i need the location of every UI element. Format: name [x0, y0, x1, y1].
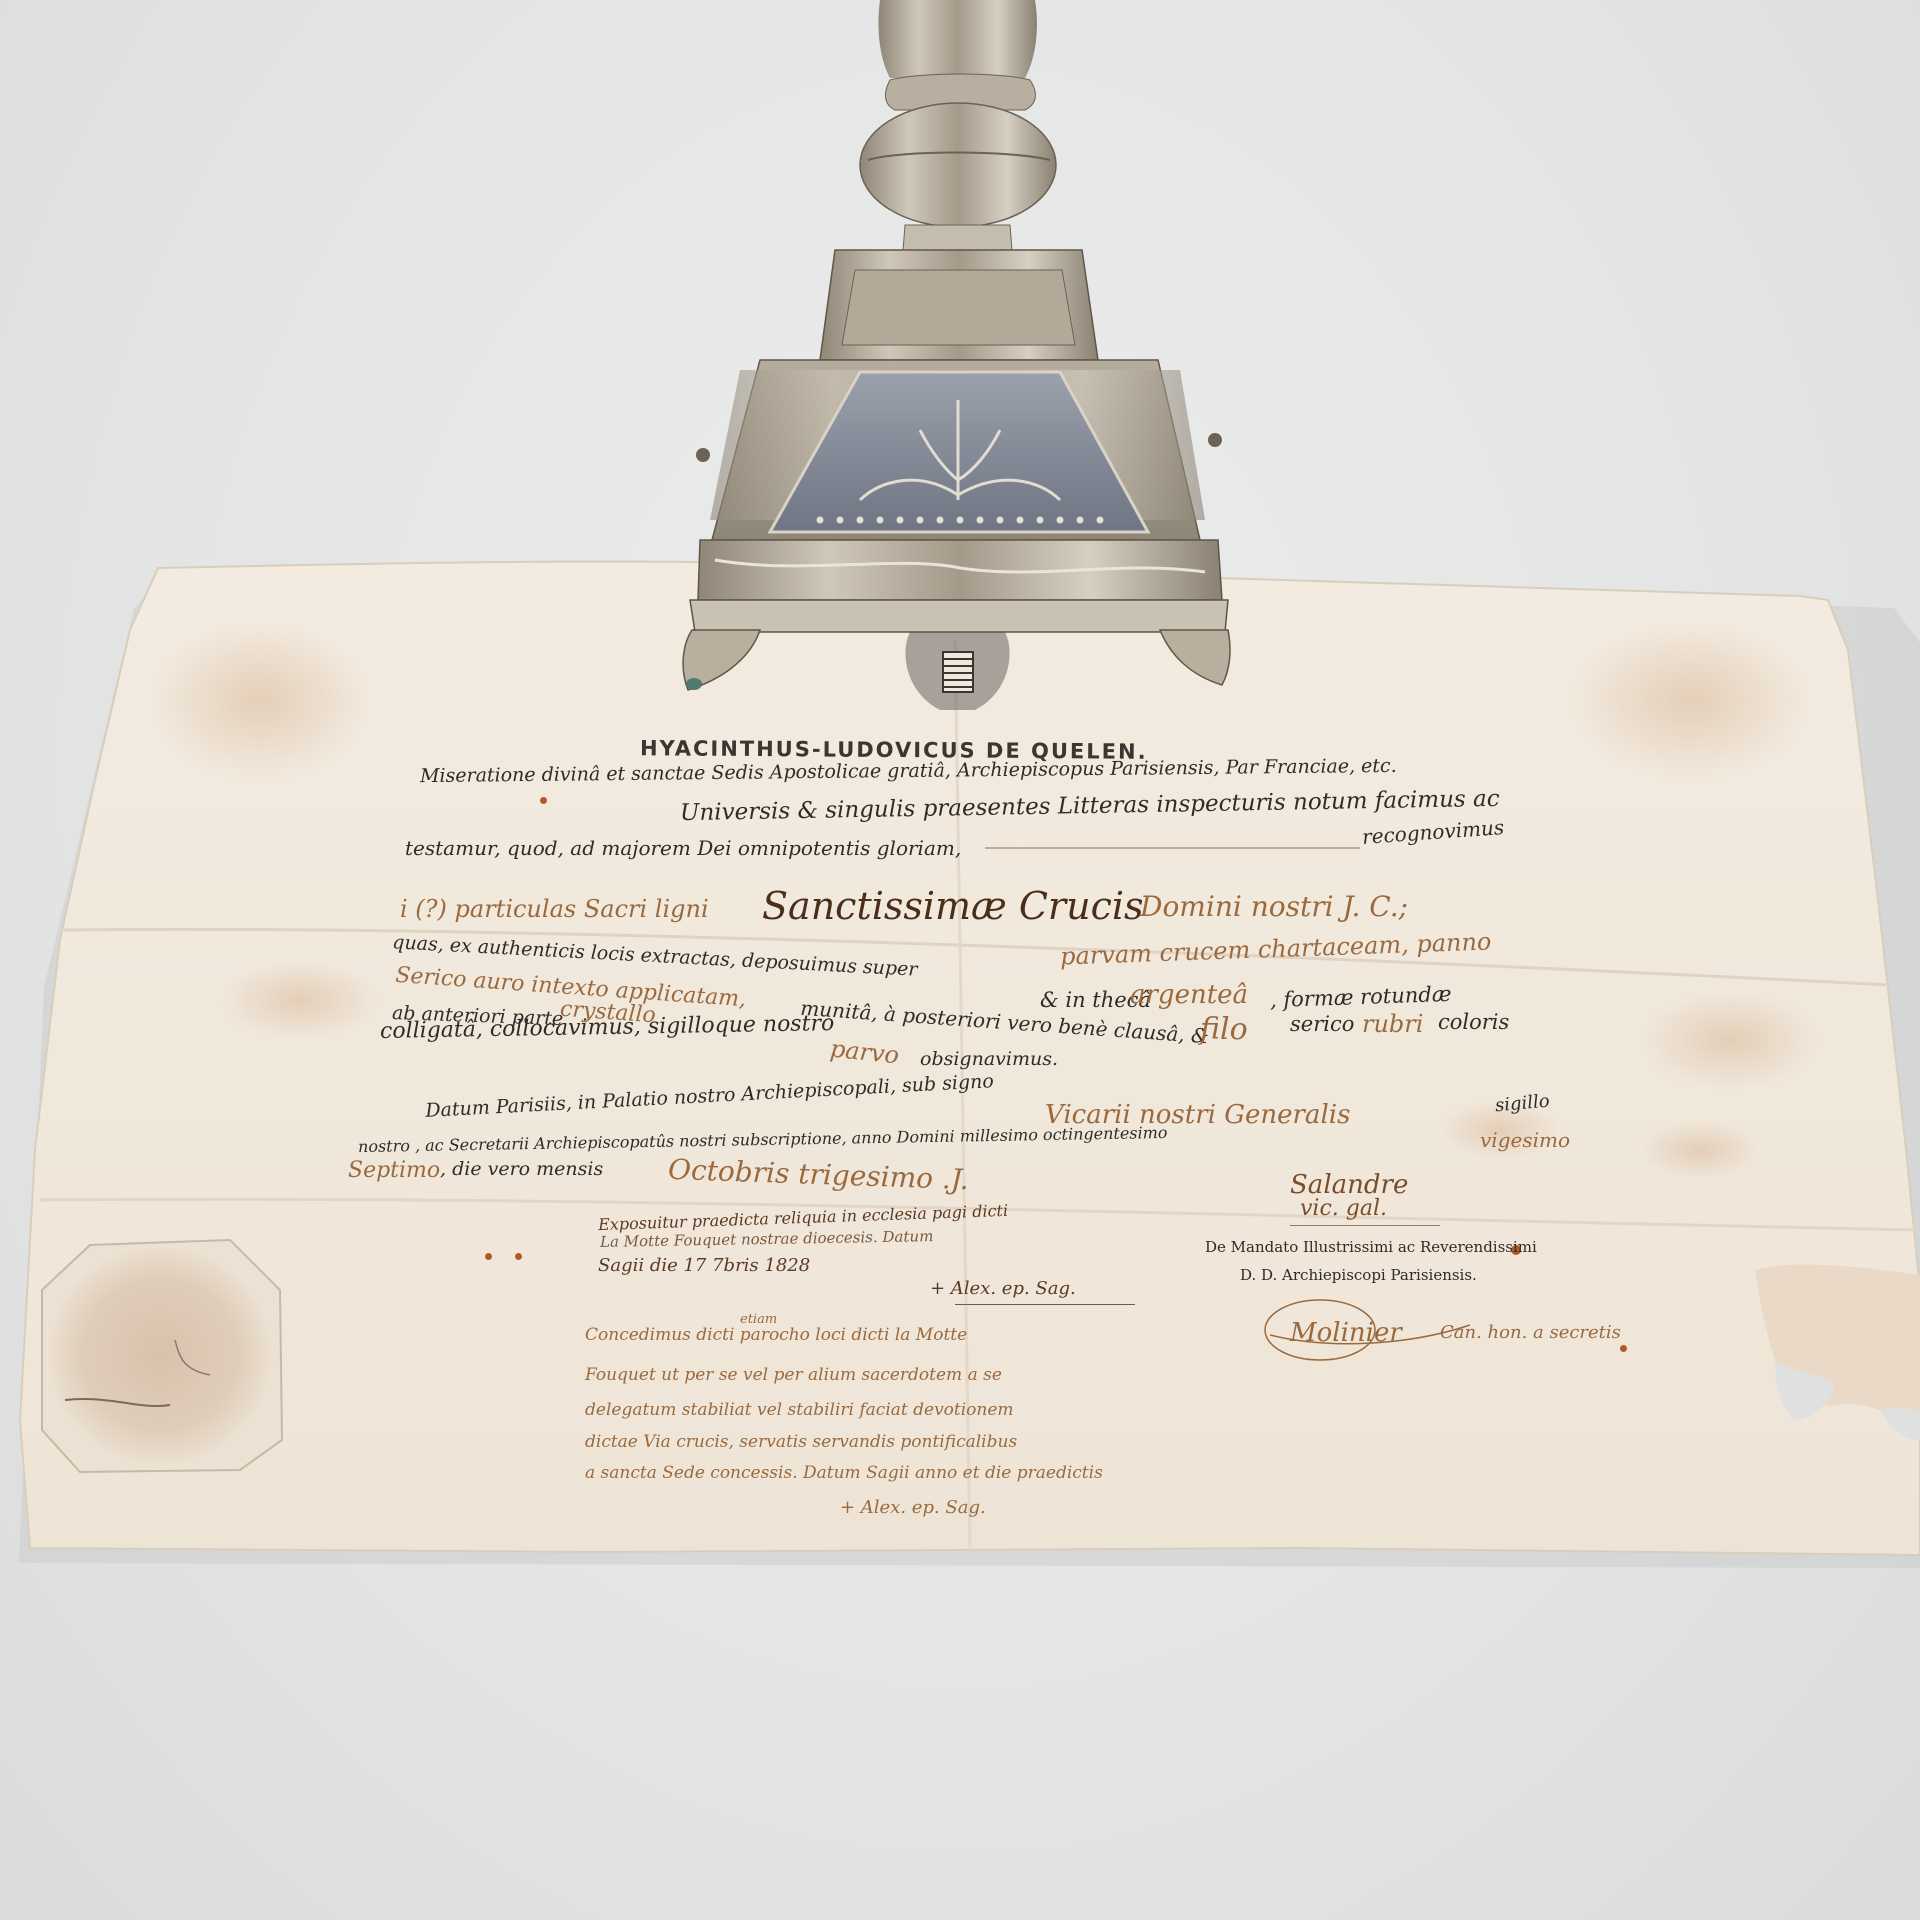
- signature-underline: [1290, 1225, 1440, 1226]
- annotation1-underline: [955, 1304, 1135, 1305]
- rust-spot: [540, 797, 547, 804]
- handwritten-relic-a: i (?) particulas Sacri ligni: [400, 895, 709, 923]
- rust-spot: [515, 1253, 522, 1260]
- handwritten-relic-b: Sanctissimæ Crucis: [762, 884, 1144, 928]
- signature-secretary-title: Can. hon. a secretis: [1440, 1322, 1621, 1343]
- handwritten-filo: filo: [1200, 1012, 1248, 1047]
- doc-obsignavimus: obsignavimus.: [920, 1048, 1058, 1070]
- rust-spot: [1620, 1345, 1627, 1352]
- signature-vicar-title: vic. gal.: [1300, 1196, 1387, 1221]
- annotation1-signature: + Alex. ep. Sag.: [930, 1278, 1076, 1299]
- mandate-line-2: D. D. Archiepiscopi Parisiensis.: [1240, 1266, 1477, 1284]
- rust-spot: [485, 1253, 492, 1260]
- signature-secretary-name: Molinier: [1290, 1318, 1402, 1348]
- mandate-line-1: De Mandato Illustrissimi ac Reverendissi…: [1205, 1238, 1537, 1256]
- coat-of-arms-icon: [895, 632, 1020, 712]
- doc-coloris: coloris: [1438, 1010, 1509, 1034]
- certificate-paper: HYACINTHUS-LUDOVICUS DE QUELEN. Miserati…: [0, 0, 1920, 1920]
- annotation2-line3: delegatum stabiliat vel stabiliri faciat…: [585, 1400, 1014, 1420]
- annotation2-line1: Concedimus dicti parocho loci dicti la M…: [585, 1325, 967, 1345]
- doc-serico: serico: [1290, 1012, 1354, 1036]
- paper-shape: [0, 0, 1920, 1920]
- handwritten-rubri: rubri: [1362, 1010, 1423, 1038]
- annotation2-line4: dictae Via crucis, servatis servandis po…: [585, 1432, 1017, 1452]
- handwritten-relic-c: Domini nostri J. C.;: [1140, 890, 1408, 923]
- handwritten-line-6b: argenteâ: [1130, 980, 1248, 1010]
- doc-mensis: , die vero mensis: [440, 1158, 603, 1180]
- handwritten-vigesimo: vigesimo: [1480, 1128, 1570, 1152]
- annotation2-line2: Fouquet ut per se vel per alium sacerdot…: [585, 1365, 1002, 1385]
- annotation1-line3: Sagii die 17 7bris 1828: [598, 1255, 810, 1276]
- handwritten-septimo: Septimo: [348, 1158, 440, 1183]
- doc-line-3a: testamur, quod, ad majorem Dei omnipoten…: [405, 836, 961, 860]
- annotation2-signature: + Alex. ep. Sag.: [840, 1497, 986, 1518]
- annotation2-line5: a sancta Sede concessis. Datum Sagii ann…: [585, 1463, 1103, 1483]
